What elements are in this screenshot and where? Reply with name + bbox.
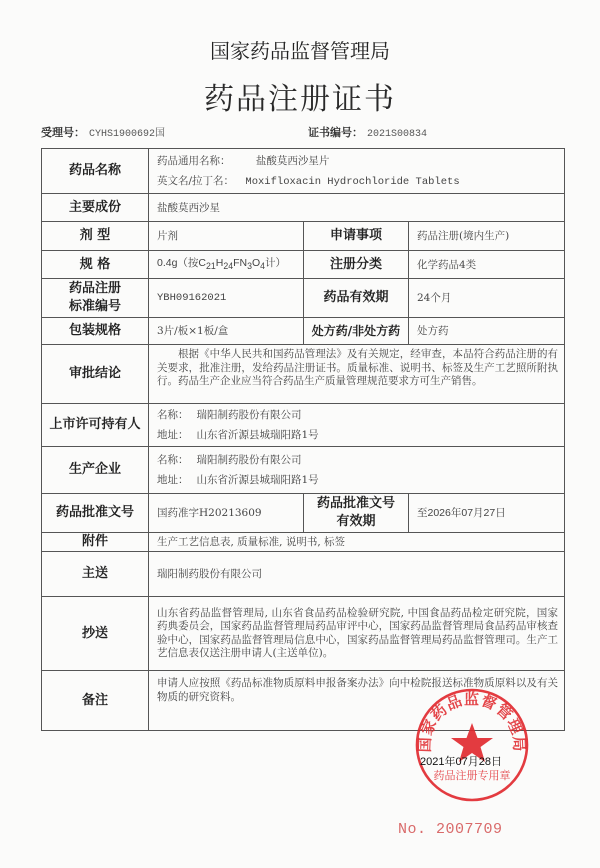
dosage-form-value: 片剂 (149, 222, 304, 251)
mah-label: 上市许可持有人 (42, 404, 149, 447)
official-seal-icon: 国家药品监督管理局 药品注册专用章 (414, 687, 530, 803)
mah-name-label: 名称： (157, 409, 189, 421)
document-title: 药品注册证书 (0, 74, 600, 118)
manufacturer-name: 名称：瑞阳制药股份有限公司 (157, 450, 564, 470)
application-item-value: 药品注册(境内生产) (409, 222, 565, 251)
drug-name-label: 药品名称 (42, 149, 149, 194)
standard-no-label-line2: 标准编号 (42, 298, 148, 316)
manufacturer-value: 名称：瑞阳制药股份有限公司 地址：山东省沂源县城瑞阳路1号 (149, 447, 565, 494)
main-ingredient-value: 盐酸莫西沙星 (149, 194, 565, 222)
rx-status-label: 处方药/非处方药 (304, 318, 409, 345)
english-name-label: 英文名/拉丁名： (157, 175, 234, 187)
manufacturer-name-value: 瑞阳制药股份有限公司 (197, 454, 302, 466)
spec-el: O (252, 257, 260, 269)
row-dosage-form: 剂 型 片剂 申请事项 药品注册(境内生产) (42, 222, 565, 251)
validity-value: 24个月 (409, 279, 565, 318)
attachments-label: 附件 (42, 533, 149, 552)
cc-text: 山东省药品监督管理局, 山东省食品药品检验研究院, 中国食品药品检定研究院，国家… (157, 607, 564, 661)
row-packaging: 包装规格 3片/板×1板/盒 处方药/非处方药 处方药 (42, 318, 565, 345)
seal-bottom-text: 药品注册专用章 (434, 768, 511, 782)
validity-label: 药品有效期 (304, 279, 409, 318)
certificate-table: 药品名称 药品通用名称： 盐酸莫西沙星片 英文名/拉丁名： Moxifloxac… (41, 148, 565, 731)
conclusion-text: 根据《中华人民共和国药品管理法》及有关规定，经审查，本品符合药品注册的有关要求，… (157, 348, 564, 389)
row-main-recipient: 主送 瑞阳制药股份有限公司 (42, 552, 565, 597)
issue-date: 2021年07月28日 (420, 753, 502, 769)
approval-validity-value: 至2026年07月27日 (409, 494, 565, 533)
generic-name-label: 药品通用名称： (157, 155, 231, 167)
approval-no-label: 药品批准文号 (42, 494, 149, 533)
main-recipient-label: 主送 (42, 552, 149, 597)
generic-name: 药品通用名称： 盐酸莫西沙星片 (157, 151, 564, 171)
specification-label: 规 格 (42, 251, 149, 279)
acceptance-number-label: 受理号： (41, 126, 85, 139)
row-manufacturer: 生产企业 名称：瑞阳制药股份有限公司 地址：山东省沂源县城瑞阳路1号 (42, 447, 565, 494)
mah-name: 名称：瑞阳制药股份有限公司 (157, 405, 564, 425)
row-specification: 规 格 0.4g（按C21H24FN3O4计） 注册分类 化学药品4类 (42, 251, 565, 279)
spec-suffix: 计） (265, 257, 286, 269)
attachments-value: 生产工艺信息表, 质量标准, 说明书, 标签 (149, 533, 565, 552)
approval-validity-label-line2: 有效期 (304, 513, 408, 531)
certificate-number-label: 证书编号： (308, 126, 363, 139)
standard-no-value: YBH09162021 (149, 279, 304, 318)
manufacturer-address-label: 地址： (157, 474, 189, 486)
row-conclusion: 审批结论 根据《中华人民共和国药品管理法》及有关规定，经审查，本品符合药品注册的… (42, 345, 565, 404)
registration-class-label: 注册分类 (304, 251, 409, 279)
serial-number: No. 2007709 (398, 821, 503, 838)
mah-name-value: 瑞阳制药股份有限公司 (197, 409, 302, 421)
standard-no-label: 药品注册 标准编号 (42, 279, 149, 318)
mah-address-value: 山东省沂源县城瑞阳路1号 (197, 429, 319, 441)
approval-no-value: 国药准字H20213609 (149, 494, 304, 533)
row-drug-name: 药品名称 药品通用名称： 盐酸莫西沙星片 英文名/拉丁名： Moxifloxac… (42, 149, 565, 194)
certificate-number-value: 2021S00834 (367, 129, 427, 140)
rx-status-value: 处方药 (409, 318, 565, 345)
conclusion-value: 根据《中华人民共和国药品管理法》及有关规定，经审查，本品符合药品注册的有关要求，… (149, 345, 565, 404)
drug-name-value: 药品通用名称： 盐酸莫西沙星片 英文名/拉丁名： Moxifloxacin Hy… (149, 149, 565, 194)
manufacturer-label: 生产企业 (42, 447, 149, 494)
generic-name-value: 盐酸莫西沙星片 (256, 155, 330, 167)
mah-value: 名称：瑞阳制药股份有限公司 地址：山东省沂源县城瑞阳路1号 (149, 404, 565, 447)
row-approval-no: 药品批准文号 国药准字H20213609 药品批准文号 有效期 至2026年07… (42, 494, 565, 533)
spec-sub: 24 (223, 261, 233, 271)
spec-prefix: 0.4g（按C (157, 257, 206, 269)
certificate-number: 证书编号：2021S00834 (308, 124, 427, 140)
conclusion-label: 审批结论 (42, 345, 149, 404)
registration-class-value: 化学药品4类 (409, 251, 565, 279)
spec-el: FN (233, 257, 247, 269)
packaging-value: 3片/板×1板/盒 (149, 318, 304, 345)
application-item-label: 申请事项 (304, 222, 409, 251)
dosage-form-label: 剂 型 (42, 222, 149, 251)
mah-address-label: 地址： (157, 429, 189, 441)
manufacturer-address: 地址：山东省沂源县城瑞阳路1号 (157, 470, 564, 490)
specification-value: 0.4g（按C21H24FN3O4计） (149, 251, 304, 279)
row-cc: 抄送 山东省药品监督管理局, 山东省食品药品检验研究院, 中国食品药品检定研究院… (42, 597, 565, 671)
row-mah: 上市许可持有人 名称：瑞阳制药股份有限公司 地址：山东省沂源县城瑞阳路1号 (42, 404, 565, 447)
packaging-label: 包装规格 (42, 318, 149, 345)
standard-no-label-line1: 药品注册 (42, 280, 148, 298)
cc-value: 山东省药品监督管理局, 山东省食品药品检验研究院, 中国食品药品检定研究院，国家… (149, 597, 565, 671)
manufacturer-name-label: 名称： (157, 454, 189, 466)
english-name-value: Moxifloxacin Hydrochloride Tablets (245, 176, 459, 188)
approval-validity-label-line1: 药品批准文号 (304, 495, 408, 513)
row-main-ingredient: 主要成份 盐酸莫西沙星 (42, 194, 565, 222)
cc-label: 抄送 (42, 597, 149, 671)
main-recipient-value: 瑞阳制药股份有限公司 (149, 552, 565, 597)
acceptance-number-value: CYHS1900692国 (89, 129, 165, 140)
mah-address: 地址：山东省沂源县城瑞阳路1号 (157, 425, 564, 445)
acceptance-number: 受理号：CYHS1900692国 (41, 124, 165, 140)
row-standard-no: 药品注册 标准编号 YBH09162021 药品有效期 24个月 (42, 279, 565, 318)
remarks-label: 备注 (42, 671, 149, 731)
approval-validity-label: 药品批准文号 有效期 (304, 494, 409, 533)
row-attachments: 附件 生产工艺信息表, 质量标准, 说明书, 标签 (42, 533, 565, 552)
manufacturer-address-value: 山东省沂源县城瑞阳路1号 (197, 474, 319, 486)
english-name: 英文名/拉丁名： Moxifloxacin Hydrochloride Tabl… (157, 171, 564, 192)
spec-sub: 21 (206, 261, 216, 271)
main-ingredient-label: 主要成份 (42, 194, 149, 222)
issuing-authority: 国家药品监督管理局 (0, 35, 600, 64)
